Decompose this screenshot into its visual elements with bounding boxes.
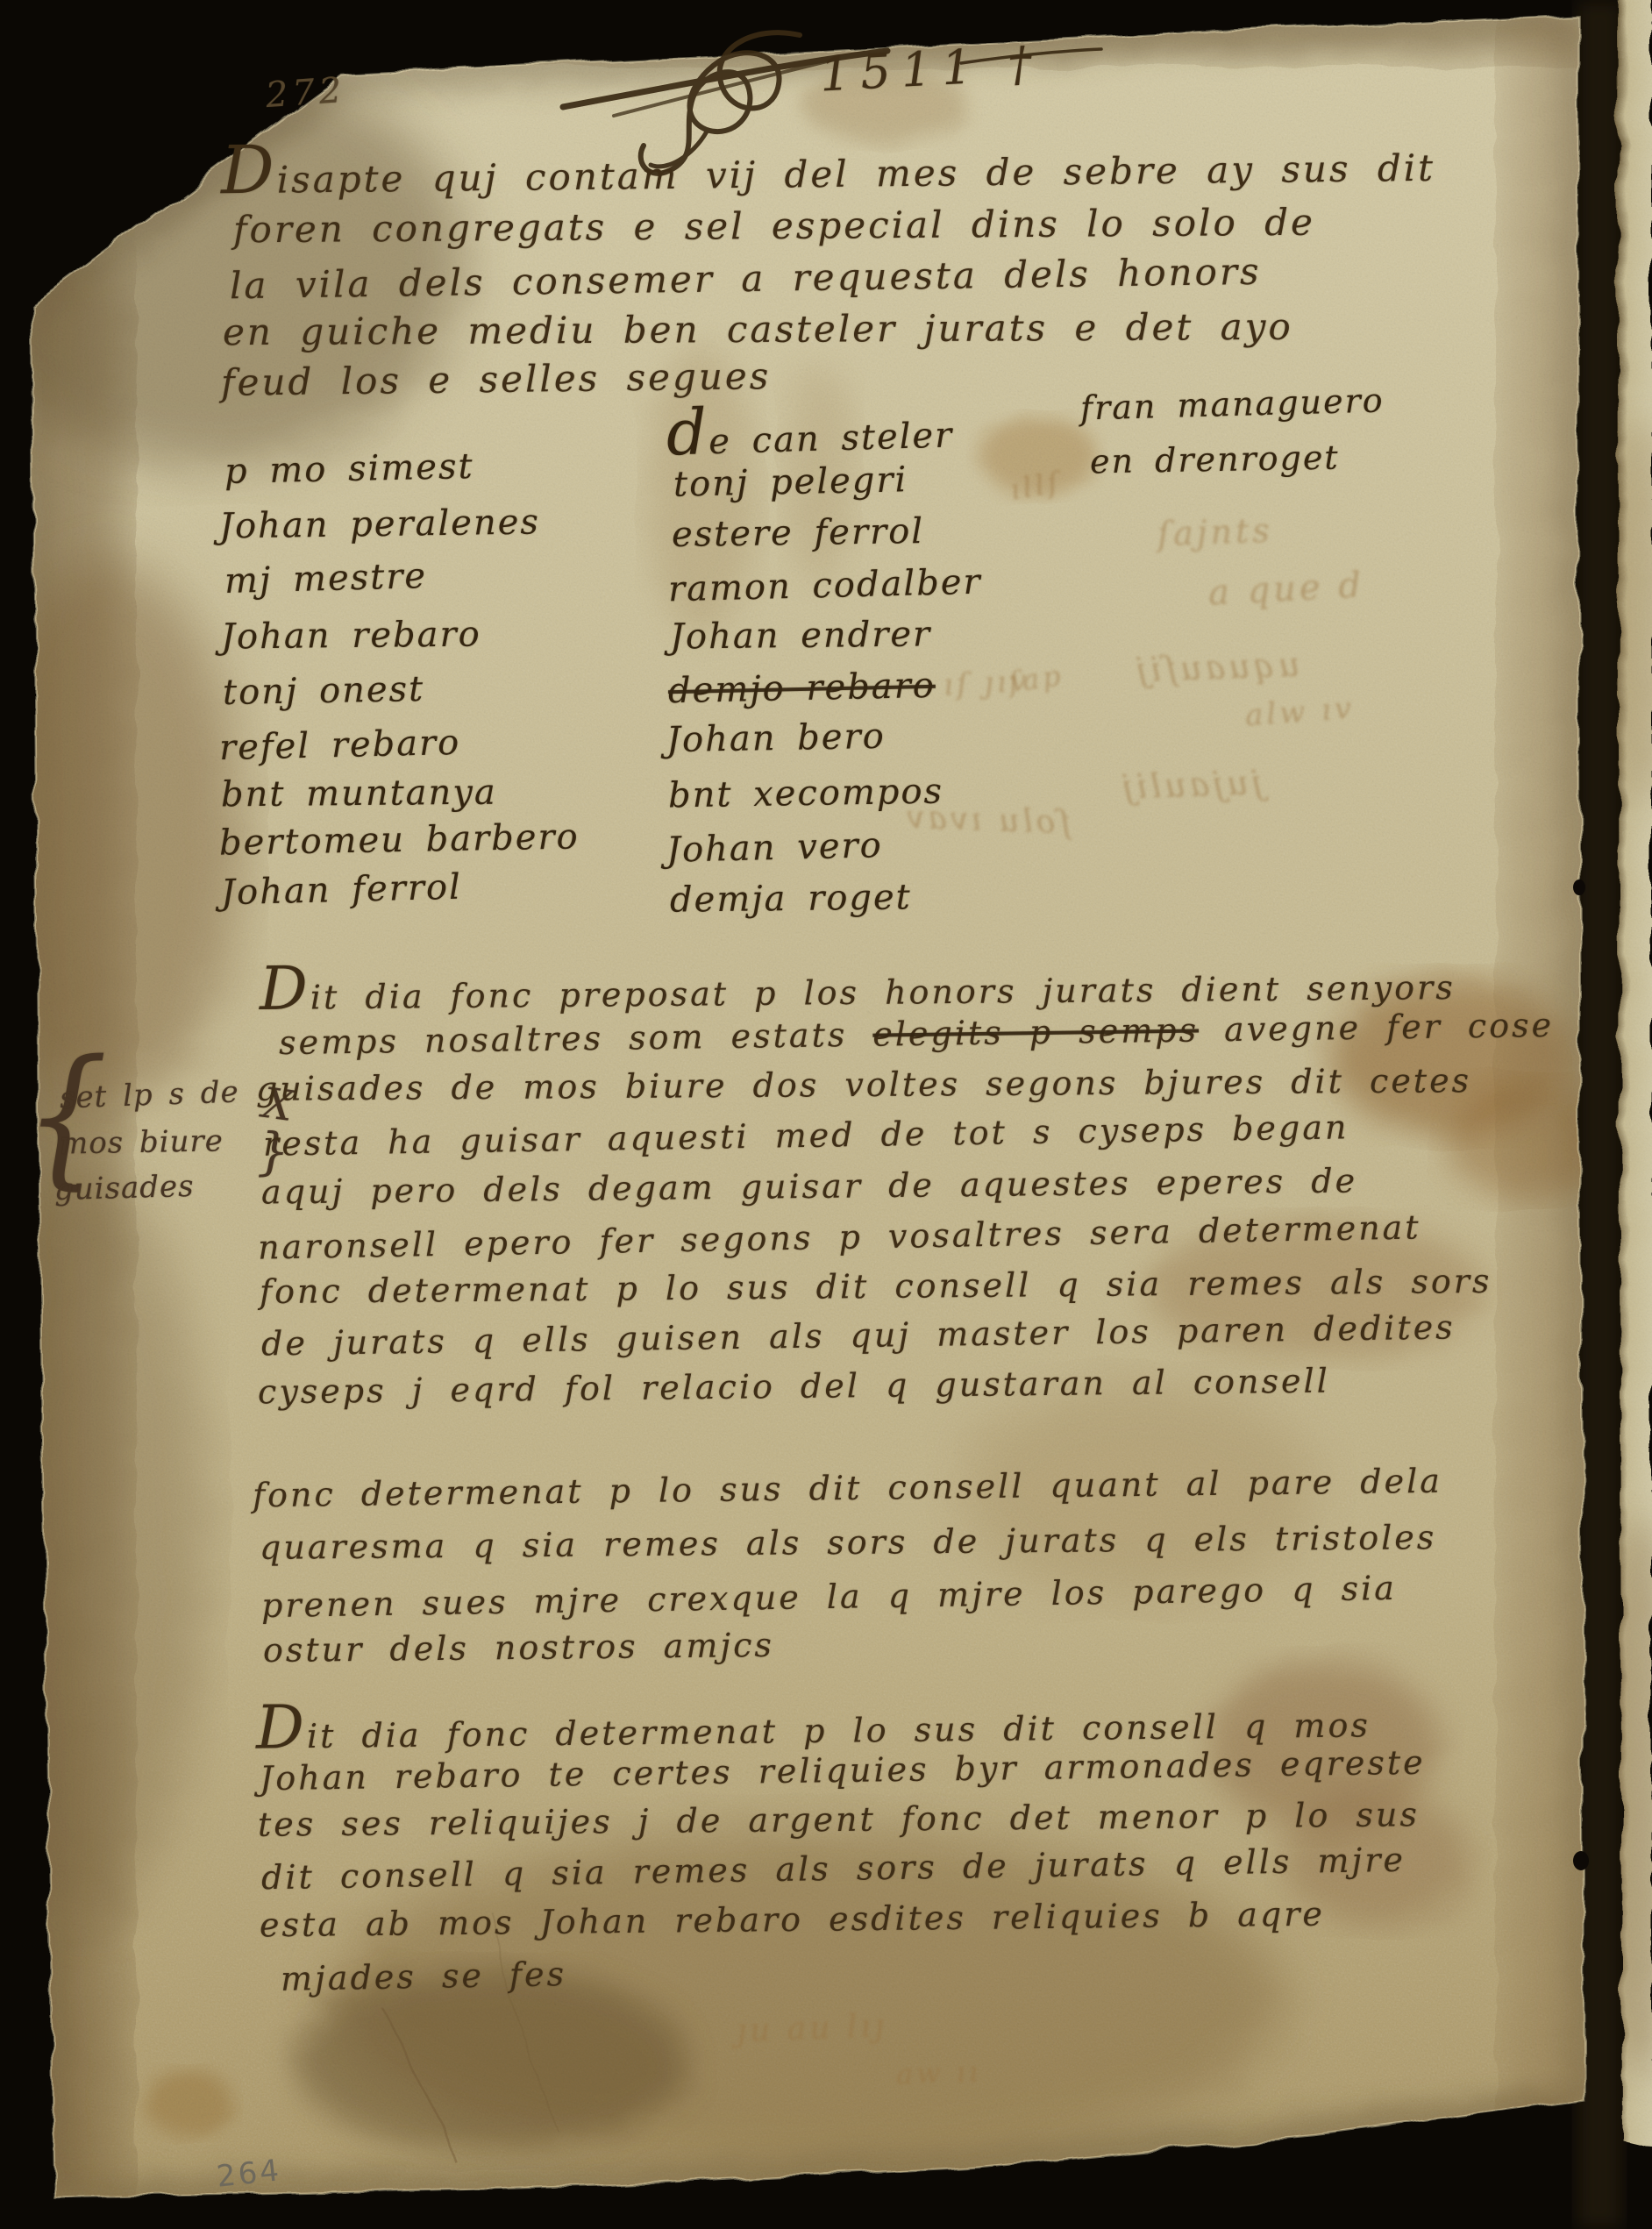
attendee-name: bertomeu barbero — [219, 819, 580, 860]
showthrough-line: ȷu au lıȷ — [736, 2011, 887, 2047]
margin-note-line: guisades — [54, 1171, 195, 1205]
attendee-name: estere ferrol — [672, 514, 925, 552]
attendee-name: fran managuero — [1080, 383, 1385, 424]
attendee-name: ramon codalber — [668, 565, 982, 608]
attendee-name: tonj pelegri — [673, 462, 908, 502]
paragraph4-line: tes ses reliquijes j de argent fonc det … — [258, 1798, 1420, 1841]
attendee-name: en drenroget — [1090, 441, 1340, 479]
showthrough-line: ſajnts — [1157, 514, 1273, 552]
margin-note-line: mos biure — [60, 1126, 224, 1158]
manuscript-page-photo: 272 1511 † Disapte quj contam vij del me… — [0, 0, 1652, 2229]
showthrough-line: ſap — [1007, 661, 1065, 697]
paragraph2-line: Dit dia fonc preposat p los honors jurat… — [260, 961, 1456, 1015]
showthrough-line: a que d — [1207, 567, 1365, 610]
margin-note-line: set lp s de — [59, 1077, 239, 1113]
showthrough-line: aw ıı — [895, 2057, 981, 2088]
folio-number: 272 — [265, 73, 347, 113]
year-heading: 1511 † — [819, 39, 1043, 98]
margin-brace-left: { — [25, 1041, 108, 1193]
attendee-name: Johan ferrol — [221, 870, 463, 911]
attendee-name: Johan endrer — [670, 616, 932, 654]
paragraph1-line: foren congregats e sel especial dins lo … — [233, 204, 1315, 249]
paragraph1-line: en guiche mediu ben casteler jurats e de… — [223, 309, 1293, 351]
attendee-name: Johan bero — [666, 719, 886, 758]
attendee-name: demja roget — [670, 879, 912, 917]
showthrough-line: ſolu ıvav — [902, 802, 1071, 840]
attendee-name: de can steler — [666, 406, 953, 460]
attendee-name: bnt xecompos — [668, 774, 944, 814]
crossed-out-text: elegits p semps — [872, 1011, 1199, 1054]
showthrough-line: ıllſ — [1008, 467, 1064, 504]
attendee-name-struck: demjo rebaro — [668, 668, 936, 709]
attendee-name: bnt muntanya — [221, 775, 497, 813]
paragraph2-line-post: avegne fer cose — [1199, 1006, 1555, 1050]
attendee-name: mj mestre — [224, 559, 428, 599]
paragraph2-line: fonc determenat p lo sus dit consell q s… — [260, 1264, 1492, 1308]
pencil-folio-number: 264 — [215, 2155, 282, 2192]
paragraph2-line: guisades de mos biure dos voltes segons … — [256, 1064, 1471, 1106]
attendee-name: tonj onest — [223, 672, 425, 710]
showthrough-line: jujaulij — [1118, 766, 1262, 804]
showthrough-line: uquauſij — [1132, 648, 1300, 687]
paragraph3-line: ostur dels nostros amjcs — [263, 1628, 774, 1667]
paragraph3-line: quaresma q sia remes als sors de jurats … — [260, 1520, 1437, 1564]
paragraph4-line: mjades se fes — [281, 1957, 567, 1996]
attendee-name: Johan rebaro — [221, 616, 481, 654]
wormhole — [1573, 879, 1585, 895]
attendee-name: p mo simest — [224, 449, 474, 489]
showthrough-line: alw ıv — [1244, 694, 1356, 731]
attendee-name: Johan vero — [666, 828, 884, 868]
wormhole — [1573, 1851, 1589, 1870]
attendee-name: refel rebaro — [219, 725, 461, 766]
attendee-name: Johan peralenes — [219, 504, 540, 544]
